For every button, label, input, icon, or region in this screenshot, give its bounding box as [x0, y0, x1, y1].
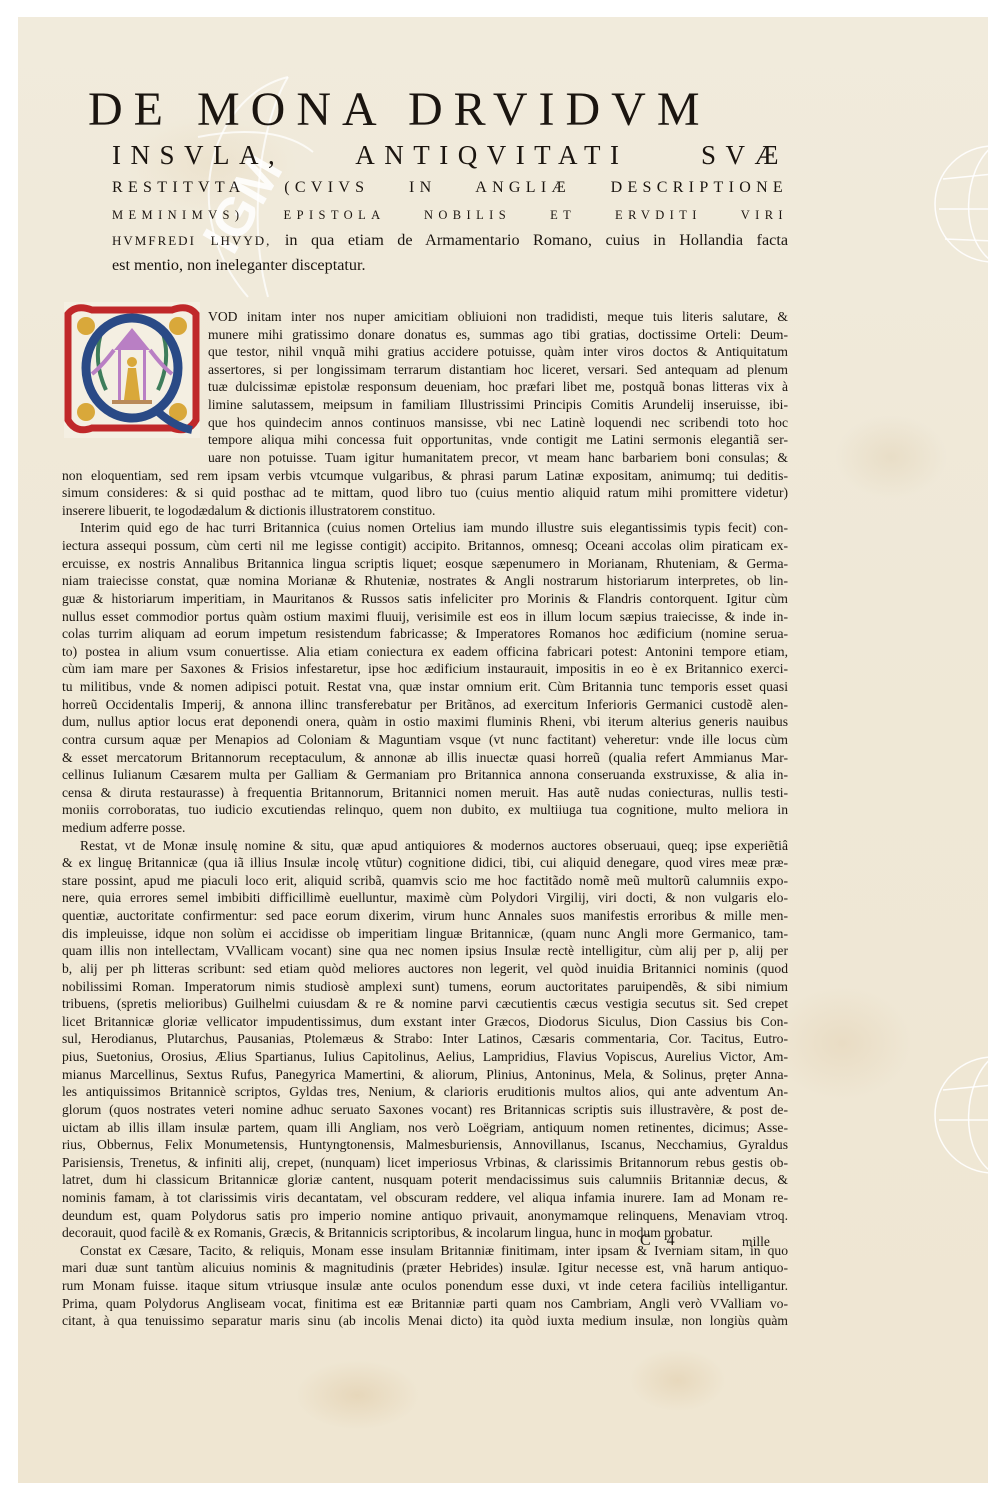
title-line-6: est mentio, non ineleganter disceptatur.: [112, 254, 366, 276]
globe-watermark-icon: [933, 1050, 993, 1180]
text-line: horreũ Occidentalis Imperij, & annona il…: [62, 696, 788, 714]
text-line: moniis corroboratas, tuo iudicio excutie…: [62, 801, 788, 819]
text-line: Parisiensis, Trenetus, & infiniti alij, …: [62, 1154, 788, 1172]
text-line: uare non potuisse. Tuam igitur humanitat…: [208, 449, 788, 467]
title-line-3: RESTITVTA (CVIVS IN ANGLIÆ DESCRIPTIONE: [112, 178, 788, 198]
text-line: glorum (quos nostrates veteri nomine adh…: [62, 1101, 788, 1119]
text-line: rius, Obbernus, Felix Monumetensis, Hunt…: [62, 1136, 788, 1154]
text-line: pius, Suetonius, Orosius, Ælius Spartian…: [62, 1048, 788, 1066]
text-line: tempore aliqua mihi concessa fuit opport…: [208, 431, 788, 449]
text-line: mari duæ sunt tantùm alicuius nominis & …: [62, 1259, 788, 1277]
text-line: tu militibus, vnde & nomen adipisci potu…: [62, 678, 788, 696]
globe-watermark-icon: [933, 129, 993, 279]
text-line: stare possint, apud me piaculi loco erit…: [62, 872, 788, 890]
signature-mark: C 4: [640, 1232, 681, 1250]
text-line: VOD initam inter nos nuper amicitiam obl…: [208, 308, 788, 326]
text-line: sul, Herodianus, Plutarchus, Pausanias, …: [62, 1030, 788, 1048]
decorated-initial-q-icon: [62, 300, 202, 440]
text-line: que hos quindecim annos continuos mansis…: [208, 414, 788, 432]
text-line: nere, quia errores semel imbibiti diffic…: [62, 889, 788, 907]
text-line: & esset mercatorum Britannorum receptacu…: [62, 749, 788, 767]
text-line: contra cursum aquæ per Menapios ad Colon…: [62, 731, 788, 749]
text-line: citant, à qua tenuissimo separatur maris…: [62, 1312, 788, 1330]
text-line: non eloquentiam, sed rem ipsam verbis vt…: [62, 467, 788, 485]
text-line: inserere libuerit, te logodædalum & dict…: [62, 502, 788, 520]
text-line: Restat, vt de Monæ insulę nomine & situ,…: [80, 837, 788, 855]
text-line: que testor, nihil vnquã mihi gratius acc…: [208, 343, 788, 361]
text-line: rum Monam fuisse. itaque situm vtriusque…: [62, 1277, 788, 1295]
text-line: assertores, si per longissimam terrarum …: [208, 361, 788, 379]
text-line: iectura assequi possum, cùm certi nil me…: [62, 537, 788, 555]
text-line: quentiæ, auctoritate confirmentur: sed p…: [62, 907, 788, 925]
catchword: mille: [742, 1234, 770, 1250]
title-line-5: HVMFREDI LHVYD, in qua etiam de Armament…: [112, 229, 788, 252]
text-line: latret, dum hi classicum Britannicæ glor…: [62, 1171, 788, 1189]
text-line: ercuisse, ex nostris Annalibus Britannic…: [62, 555, 788, 573]
text-line: medium adferre posse.: [62, 819, 788, 837]
text-line: tuæ dulcissimæ epistolæ responsum deueni…: [208, 378, 788, 396]
text-line: munere mihi gratissimo donare donatus es…: [208, 326, 788, 344]
text-line: licet Britannicæ gloriæ vellicator impud…: [62, 1013, 788, 1031]
text-line: deundum est, quam Polydorus satis pro im…: [62, 1207, 788, 1225]
paper-page: IGM DE MONA DRVIDVM INSVLA, ANTIQVITATI …: [18, 17, 988, 1483]
text-line: & ex linguę Britannicæ (qua iã illius In…: [62, 854, 788, 872]
text-line: dis impleuisse, idque non solùm ei accid…: [62, 925, 788, 943]
text-line: cellinus Iulianum Cæsarem multa per Gall…: [62, 766, 788, 784]
title-line-4: MEMINIMVS) EPISTOLA NOBILIS ET ERVDITI V…: [112, 206, 788, 224]
text-line: censa & diruta restaurasse) à frequentia…: [62, 784, 788, 802]
text-line: colas turrim aliquam ad eorum impetum re…: [62, 625, 788, 643]
text-line: dum, nullus aptior locus erat deponendi …: [62, 713, 788, 731]
author-name: HVMFREDI LHVYD,: [112, 233, 271, 248]
text-line: tribuens, (spretis melioribus) Guilhelmi…: [62, 995, 788, 1013]
text-line: niam traiecisse constat, quæ nomina Mori…: [62, 572, 788, 590]
text-line: limine salutassem, meipsum in familiam I…: [208, 396, 788, 414]
text-line: mianus Marcellinus, Sextus Rufus, Panegy…: [62, 1066, 788, 1084]
text-line: simum consideres: & si quid posthac ad t…: [62, 484, 788, 502]
title-line-1: DE MONA DRVIDVM: [88, 84, 788, 136]
text-line: les antiquissimos Britannicè scriptos, G…: [62, 1083, 788, 1101]
text-line: to) postea in alium vsum conuertisse. Al…: [62, 643, 788, 661]
text-line: cùm iam mare per Saxones & Frisios infes…: [62, 660, 788, 678]
title-line-5-rest: in qua etiam de Armamentario Romano, cui…: [285, 231, 788, 249]
text-line: Prima, quam Polydorus Angliseam vocat, f…: [62, 1295, 788, 1313]
text-line: nominis famam, à tot clarissimis viris d…: [62, 1189, 788, 1207]
text-line: nullus esset commodior portus quàm ostiu…: [62, 608, 788, 626]
text-line: guæ & historiarum imperitiam, in Maurita…: [62, 590, 788, 608]
title-line-2: INSVLA, ANTIQVITATI SVÆ: [112, 140, 788, 170]
text-line: nobilissimi Roman. Imperatorum nimis stu…: [62, 978, 788, 996]
text-line: uictam ab illis illam insulæ partem, qua…: [62, 1119, 788, 1137]
text-line: quam illis non intellectam, VVallicam vo…: [62, 942, 788, 960]
text-line: Constat ex Cæsare, Tacito, & reliquis, M…: [80, 1242, 788, 1260]
text-line: Interim quid ego de hac turri Britannica…: [80, 519, 788, 537]
text-line: b, alij per ph litteras scribunt: sed et…: [62, 960, 788, 978]
